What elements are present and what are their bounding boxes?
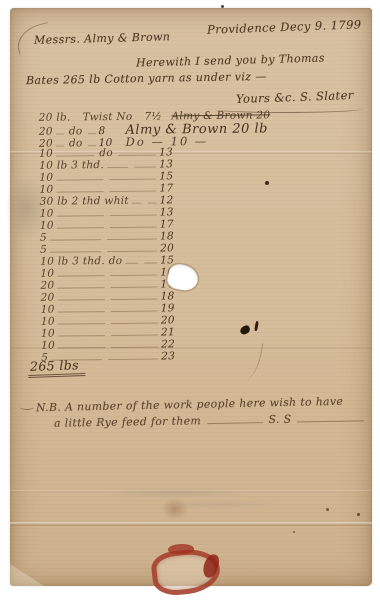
postscript-line-1: N.B. A number of the work people here wi…	[36, 395, 343, 414]
row-description: do	[67, 125, 85, 137]
postscript-text: a little Rye feed for them	[54, 414, 201, 430]
signature: Yours &c. S. Slater	[236, 88, 354, 106]
row-yarn-number: 22	[161, 338, 183, 350]
letter-paper: Providence Decy 9. 1799 Messrs. Almy & B…	[10, 8, 372, 586]
row-yarn-number: 18	[160, 230, 182, 242]
pencil-squiggle	[242, 341, 264, 381]
dash-rule	[108, 359, 159, 361]
postscript-line-2: a little Rye feed for them S. S	[54, 411, 370, 430]
paper-speck	[293, 531, 295, 533]
dash-rule	[56, 179, 103, 180]
dash-rule	[58, 335, 105, 336]
row-yarn-number: 12	[160, 194, 182, 206]
dash-rule	[111, 335, 158, 336]
row-yarn-number: 18	[161, 290, 183, 302]
dash-rule	[132, 203, 141, 204]
dash-rule	[107, 251, 158, 253]
wax-seal-remnant	[148, 544, 220, 590]
dash-rule	[125, 263, 138, 264]
dash-rule	[118, 155, 156, 156]
body-line-2: Bates 265 lb Cotton yarn as under viz —	[26, 70, 267, 87]
ink-bleedthrough	[100, 488, 250, 498]
row-yarn-number: 23	[161, 350, 183, 362]
row-quantity: 20 lb.	[39, 111, 71, 123]
dash-rule	[58, 347, 105, 348]
row-quantity: 20	[41, 292, 55, 304]
row-yarn-number: 20	[160, 242, 182, 254]
row-quantity: 10	[40, 220, 54, 232]
row-yarn-number: 13	[160, 206, 182, 218]
dash-rule	[109, 179, 156, 180]
row-yarn-number: 17	[160, 218, 182, 230]
total-weight: 265 lbs	[28, 357, 86, 378]
corner-fold	[10, 564, 44, 586]
dash-rule	[111, 311, 158, 312]
paper-stain	[162, 498, 188, 520]
dash-rule	[88, 145, 96, 146]
row-yarn-number: 19	[161, 302, 183, 314]
dateline: Providence Decy 9. 1799	[207, 17, 362, 36]
salutation: Messrs. Almy & Brown	[34, 30, 171, 47]
row-quantity: 10	[41, 328, 55, 340]
dash-rule	[57, 227, 104, 228]
row-yarn-number: 20	[161, 314, 183, 326]
row-quantity: 10 lb 3 thd. do	[40, 255, 122, 268]
postscript-dash-rule	[297, 420, 364, 422]
row-description: do	[97, 147, 115, 159]
dash-rule	[56, 191, 103, 192]
paper-speck	[221, 5, 224, 8]
margin-dash	[20, 404, 34, 410]
ink-mark	[254, 321, 258, 331]
dash-rule	[57, 215, 104, 216]
body-line-1: Herewith I send you by Thomas	[136, 52, 325, 70]
paper-speck	[265, 181, 269, 185]
dash-rule	[88, 133, 96, 134]
dash-rule	[111, 299, 158, 300]
row-quantity: 10	[41, 340, 55, 352]
fold-crease	[10, 522, 372, 526]
row-quantity: 10 lb 3 thd.	[39, 159, 104, 172]
dash-rule	[50, 239, 101, 241]
row-quantity: 5	[40, 244, 47, 256]
dash-rule	[110, 275, 157, 276]
dash-rule	[110, 191, 157, 192]
row-yarn-number: 8	[98, 125, 120, 137]
row-quantity: 10	[41, 316, 55, 328]
paper-speck	[357, 513, 360, 516]
dash-rule	[111, 323, 158, 324]
row-quantity: 20	[39, 126, 53, 138]
row-quantity: 30 lb 2 thd whit	[40, 195, 129, 208]
postscript-dash-rule	[207, 422, 262, 424]
paper-speck	[326, 508, 329, 511]
row-quantity: 10	[41, 304, 55, 316]
dash-rule	[57, 275, 104, 276]
row-quantity: 10	[39, 148, 53, 160]
row-quantity: 10	[40, 268, 54, 280]
row-annotation: Almy & Brown 20	[171, 109, 270, 122]
row-yarn-number: 17	[159, 182, 181, 194]
row-description: Twist No	[81, 111, 135, 124]
dash-rule	[147, 203, 156, 204]
dash-rule	[56, 155, 94, 156]
row-quantity: 5	[40, 232, 47, 244]
postscript-initials: S. S	[268, 413, 291, 426]
dash-rule	[111, 287, 158, 288]
dash-rule	[56, 133, 64, 134]
dash-rule	[107, 239, 158, 241]
row-yarn-number: 13	[159, 146, 181, 158]
row-quantity: 20	[40, 280, 54, 292]
ink-blot	[239, 324, 251, 335]
yarn-list: 20 lb. Twist No 7½ Almy & Brown 20 20 do…	[39, 110, 184, 363]
row-yarn-number: 13	[159, 158, 181, 170]
dash-rule	[110, 227, 157, 228]
row-description: do	[67, 137, 85, 149]
dash-rule	[57, 287, 104, 288]
row-yarn-number: 7½	[144, 110, 166, 122]
row-yarn-number: 15	[159, 170, 181, 182]
dash-rule	[110, 215, 157, 216]
dash-rule	[50, 251, 101, 253]
dash-rule	[58, 323, 105, 324]
row-quantity: 10	[39, 184, 53, 196]
dash-rule	[56, 145, 64, 146]
dash-rule	[107, 167, 129, 168]
dash-rule	[58, 299, 105, 300]
fold-crease	[10, 490, 372, 492]
dash-rule	[144, 263, 157, 264]
dash-rule	[111, 347, 158, 348]
row-quantity: 10	[40, 208, 54, 220]
dash-rule	[135, 167, 157, 168]
row-quantity: 10	[39, 172, 53, 184]
row-yarn-number: 21	[161, 326, 183, 338]
ink-bleedthrough	[160, 500, 280, 509]
dash-rule	[58, 311, 105, 312]
